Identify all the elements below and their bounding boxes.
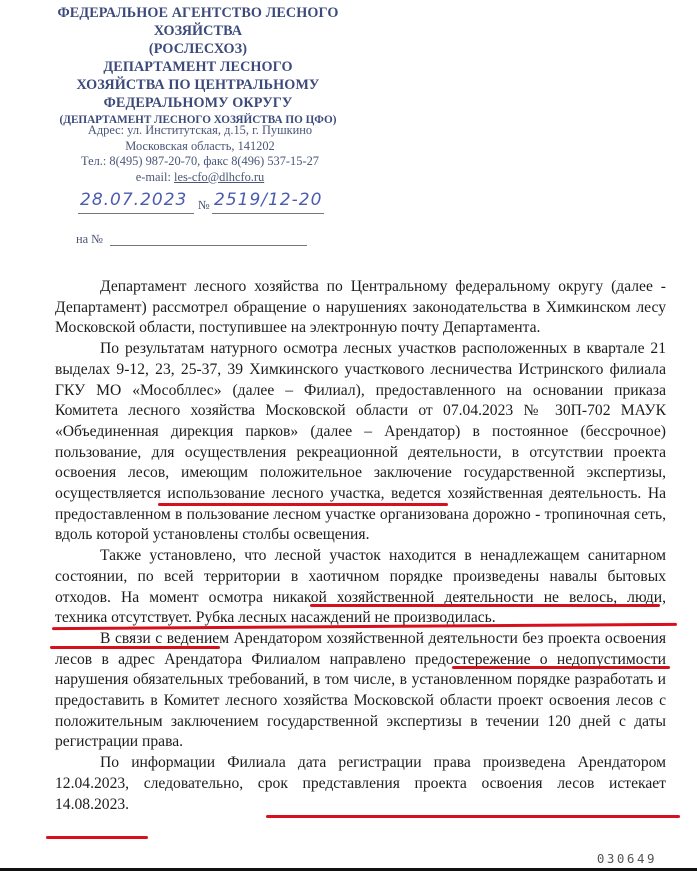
reply-number-line	[110, 245, 307, 246]
phone-line: Тел.: 8(495) 987-20-70, факс 8(496) 537-…	[55, 154, 345, 170]
address-line: Адрес: ул. Институтская, д.15, г. Пушкин…	[55, 123, 345, 139]
handwritten-date: 28.07.2023	[80, 190, 187, 210]
highlight-underline	[50, 646, 220, 649]
page-code: 030649	[597, 851, 657, 866]
highlight-underline	[266, 815, 680, 818]
letterhead: ФЕДЕРАЛЬНОЕ АГЕНТСТВО ЛЕСНОГО ХОЗЯЙСТВА …	[48, 4, 348, 129]
paragraph: Департамент лесного хозяйства по Централ…	[55, 277, 666, 339]
email-link[interactable]: les-cfo@dlhcfo.ru	[174, 170, 264, 184]
number-line	[212, 213, 324, 214]
letterhead-line: ХОЗЯЙСТВА	[48, 22, 348, 40]
highlight-underline	[46, 836, 148, 839]
letterhead-line: ФЕДЕРАЛЬНОЕ АГЕНТСТВО ЛЕСНОГО	[48, 4, 348, 22]
number-label: №	[198, 198, 210, 213]
reply-number-label: на №	[76, 232, 103, 247]
email-label: e-mail:	[136, 170, 174, 184]
letterhead-line: ХОЗЯЙСТВА ПО ЦЕНТРАЛЬНОМУ	[48, 76, 348, 94]
paragraph: Также установлено, что лесной участок на…	[55, 546, 666, 629]
letterhead-line: (РОСЛЕСХОЗ)	[48, 40, 348, 58]
handwritten-number: 2519/12-20	[214, 190, 322, 210]
email-line: e-mail: les-cfo@dlhcfo.ru	[55, 170, 345, 186]
highlight-underline	[452, 666, 670, 669]
address-block: Адрес: ул. Институтская, д.15, г. Пушкин…	[55, 123, 345, 185]
letterhead-line: ФЕДЕРАЛЬНОМУ ОКРУГУ	[48, 94, 348, 112]
paragraph: По информации Филиала дата регистрации п…	[55, 753, 666, 815]
address-line: Московская область, 141202	[55, 139, 345, 155]
highlight-underline	[310, 604, 660, 607]
paragraph: По результатам натурного осмотра лесных …	[55, 339, 666, 546]
letterhead-line: ДЕПАРТАМЕНТ ЛЕСНОГО	[48, 58, 348, 76]
highlight-underline	[158, 503, 448, 506]
date-line	[78, 213, 194, 214]
letter-body: Департамент лесного хозяйства по Централ…	[55, 277, 666, 815]
